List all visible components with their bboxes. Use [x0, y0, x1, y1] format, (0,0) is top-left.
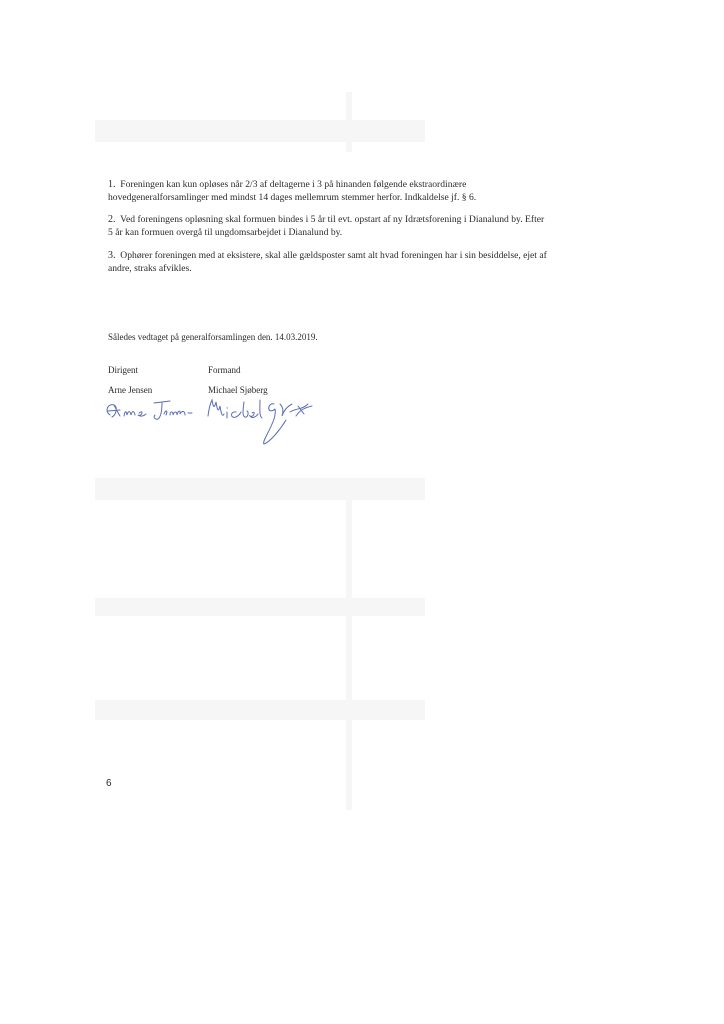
bleed-through-mark	[95, 700, 425, 720]
signatory-role-formand: Formand	[208, 365, 241, 375]
page-number: 6	[106, 778, 112, 789]
bleed-through-mark	[95, 120, 425, 142]
clause-1: 1. Foreningen kan kun opløses når 2/3 af…	[108, 178, 548, 204]
clause-text: Foreningen kan kun opløses når 2/3 af de…	[108, 179, 476, 203]
clause-text: Ophører foreningen med at eksistere, ska…	[108, 250, 547, 274]
signatory-name-dirigent: Arne Jensen	[108, 385, 152, 395]
clause-number: 1.	[108, 179, 116, 190]
bleed-through-mark	[346, 500, 352, 810]
signatory-role-dirigent: Dirigent	[108, 365, 138, 375]
adoption-statement: Således vedtaget på generalforsamlingen …	[108, 332, 318, 342]
clause-number: 3.	[108, 250, 116, 261]
bleed-through-mark	[95, 598, 425, 616]
clause-2: 2. Ved foreningens opløsning skal formue…	[108, 213, 548, 239]
bleed-through-mark	[95, 478, 425, 500]
signature-formand	[200, 392, 320, 452]
signature-dirigent	[100, 395, 210, 425]
clause-number: 2.	[108, 214, 116, 225]
bleed-through-mark	[346, 92, 352, 152]
clause-text: Ved foreningens opløsning skal formuen b…	[108, 214, 544, 238]
clause-3: 3. Ophører foreningen med at eksistere, …	[108, 249, 548, 275]
